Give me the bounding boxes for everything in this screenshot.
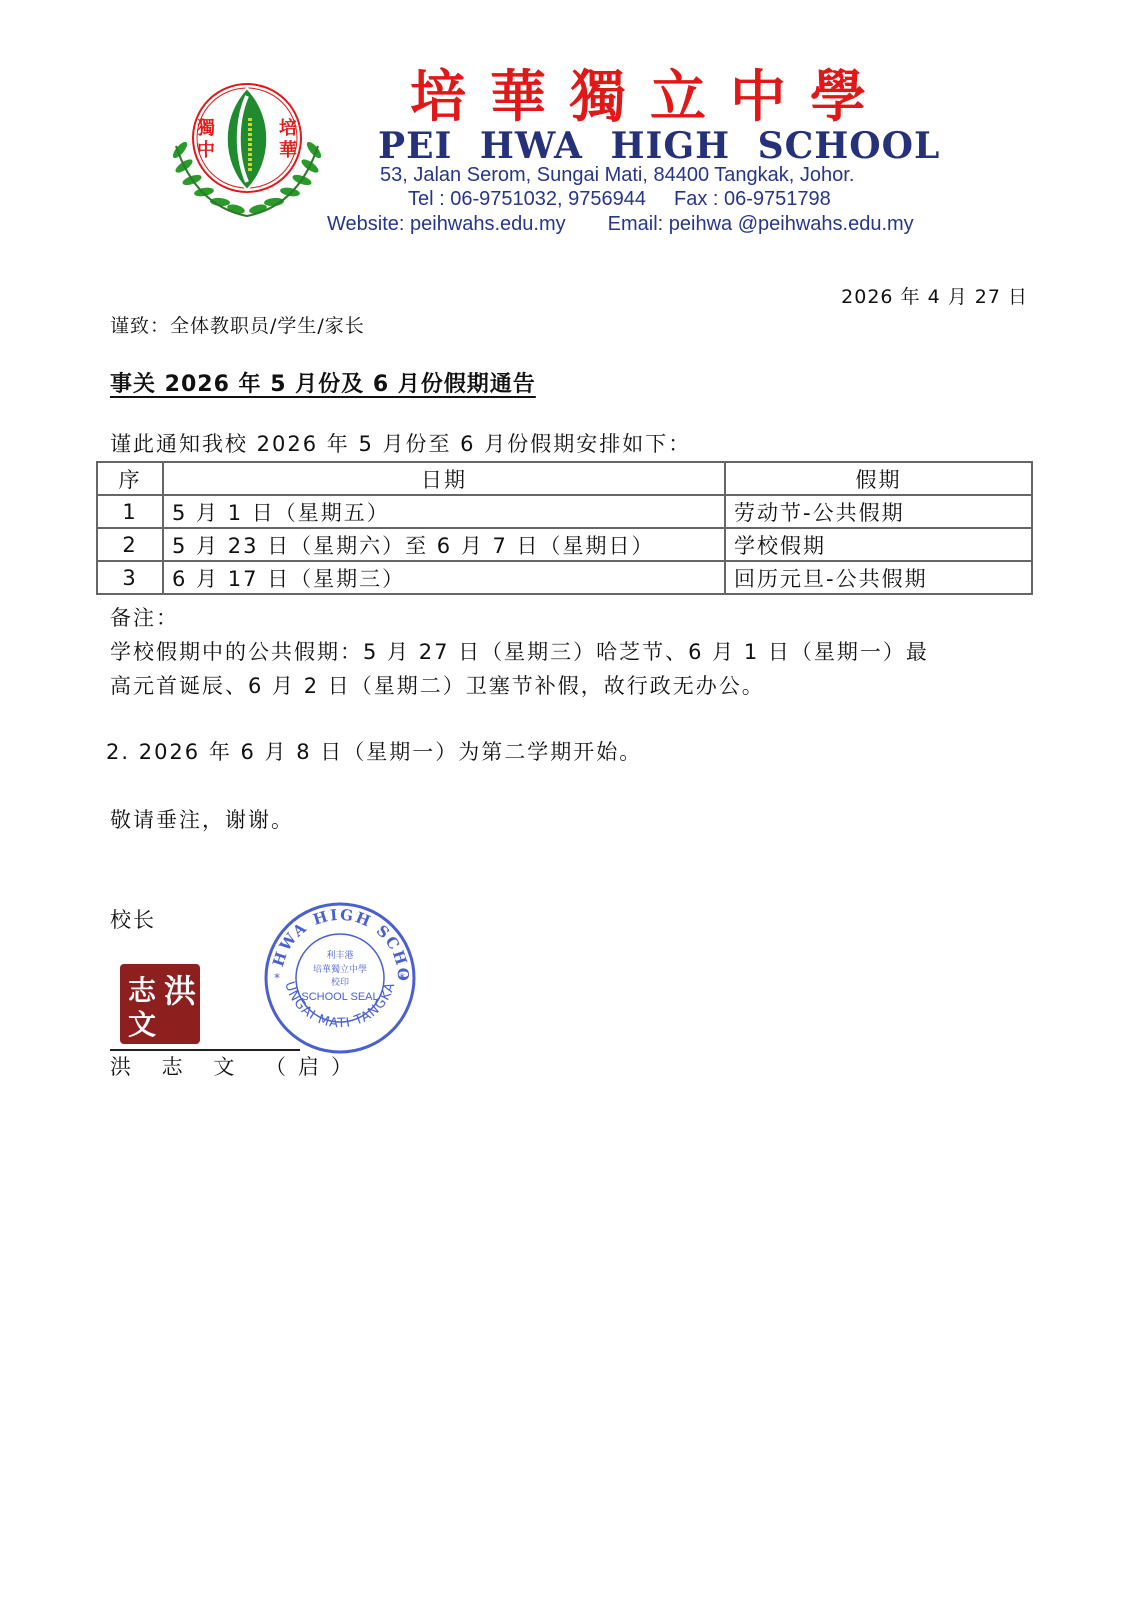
table-row: 1 5 月 1 日（星期五） 劳动节-公共假期: [97, 495, 1032, 528]
svg-text:培華獨立中學: 培華獨立中學: [313, 963, 367, 975]
tel-number: Tel : 06-9751032, 9756944: [408, 188, 646, 210]
notes-label: 备注：: [110, 603, 179, 633]
svg-text:SCHOOL SEAL: SCHOOL SEAL: [301, 991, 378, 1003]
table-row: 2 5 月 23 日（星期六）至 6 月 7 日（星期日） 学校假期: [97, 528, 1032, 561]
website-link[interactable]: Website: peihwahs.edu.my: [327, 213, 566, 235]
svg-text:*: *: [274, 971, 280, 985]
closing-remark: 敬请垂注，谢谢。: [110, 805, 294, 835]
svg-text:*: *: [399, 971, 405, 985]
row-date: 5 月 23 日（星期六）至 6 月 7 日（星期日）: [163, 528, 725, 561]
svg-text:洪: 洪: [164, 972, 196, 1010]
row-no: 1: [97, 495, 163, 528]
table-header-row: 序 日期 假期: [97, 462, 1032, 495]
row-holiday: 学校假期: [725, 528, 1032, 561]
contact-phone-fax: Tel : 06-9751032, 9756944Fax : 06-975179…: [408, 186, 831, 212]
letter-intro: 谨此通知我校 2026 年 5 月份至 6 月份假期安排如下：: [110, 429, 691, 459]
email-link[interactable]: Email: peihwa @peihwahs.edu.my: [608, 213, 914, 235]
row-holiday: 劳动节-公共假期: [725, 495, 1032, 528]
svg-text:中: 中: [197, 139, 215, 161]
svg-text:文: 文: [128, 1008, 156, 1041]
school-crest-icon: 獨 中 培 華: [166, 76, 328, 226]
notes-line-1: 学校假期中的公共假期：5 月 27 日（星期三）哈芝节、6 月 1 日（星期一）…: [110, 637, 929, 667]
svg-text:獨: 獨: [196, 117, 215, 139]
column-header-date: 日期: [163, 462, 725, 495]
school-chinese-name: 培華獨立中學: [410, 62, 890, 132]
personal-chop-icon: 洪 志 文: [118, 962, 202, 1046]
svg-text:志: 志: [128, 974, 157, 1007]
contact-web-email: Website: peihwahs.edu.myEmail: peihwa @p…: [327, 211, 914, 237]
school-seal-icon: PEI HWA HIGH SCHOOL SUNGAI MATI TANGKAK …: [262, 900, 418, 1056]
svg-text:利丰港: 利丰港: [326, 949, 353, 961]
table-row: 3 6 月 17 日（星期三） 回历元旦-公共假期: [97, 561, 1032, 594]
row-holiday: 回历元旦-公共假期: [725, 561, 1032, 594]
letter-date: 2026 年 4 月 27 日: [841, 282, 1028, 312]
svg-text:校印: 校印: [331, 976, 349, 988]
row-date: 5 月 1 日（星期五）: [163, 495, 725, 528]
signatory-role: 校长: [110, 905, 156, 935]
letter-recipients: 谨致：全体教职员/学生/家长: [110, 311, 365, 341]
row-date: 6 月 17 日（星期三）: [163, 561, 725, 594]
svg-text:華: 華: [279, 139, 297, 161]
notes-line-2: 高元首诞辰、6 月 2 日（星期二）卫塞节补假，故行政无办公。: [110, 671, 765, 701]
letter-title: 事关 2026 年 5 月份及 6 月份假期通告: [110, 370, 536, 400]
row-no: 3: [97, 561, 163, 594]
signatory-name: 洪 志 文 （启）: [110, 1052, 364, 1082]
point-2: 2. 2026 年 6 月 8 日（星期一）为第二学期开始。: [106, 737, 642, 767]
fax-number: Fax : 06-9751798: [674, 188, 831, 210]
row-no: 2: [97, 528, 163, 561]
holiday-table: 序 日期 假期 1 5 月 1 日（星期五） 劳动节-公共假期 2 5 月 23…: [96, 461, 1033, 595]
signature-line: [110, 1049, 300, 1051]
school-address: 53, Jalan Serom, Sungai Mati, 84400 Tang…: [380, 162, 854, 188]
svg-text:培: 培: [279, 117, 297, 139]
column-header-holiday: 假期: [725, 462, 1032, 495]
column-header-no: 序: [97, 462, 163, 495]
